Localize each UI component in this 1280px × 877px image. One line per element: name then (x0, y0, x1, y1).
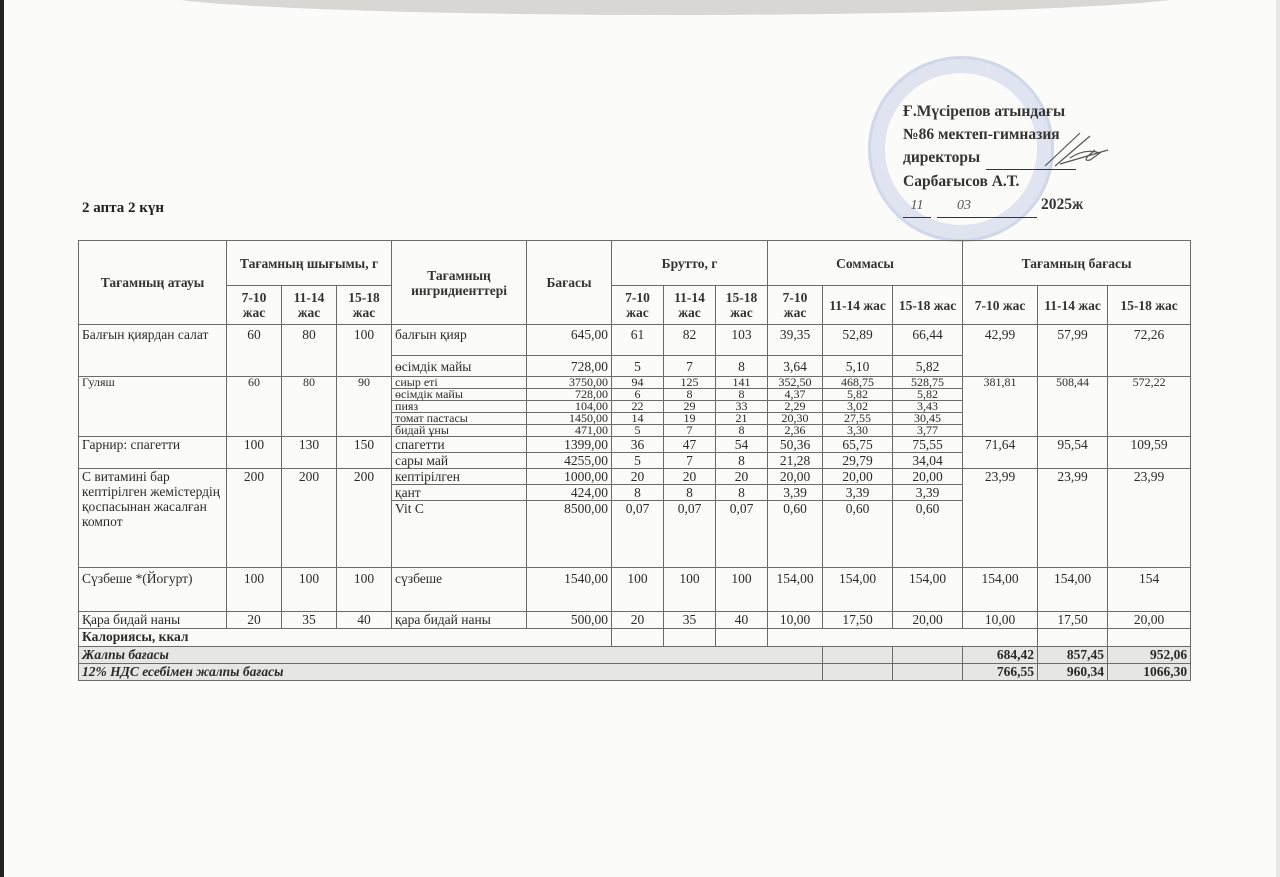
ingredient-brutto: 47 (664, 437, 716, 453)
ingredient-name: кептірілген (392, 469, 527, 485)
empty-cell (823, 664, 893, 681)
approval-block: Ғ.Мүсірепов атындағы №86 мектеп-гимназия… (903, 100, 1083, 218)
ingredient-brutto: 8 (716, 356, 768, 377)
director-label: директоры (903, 149, 980, 166)
table-row: Қара бидай наны203540қара бидай наны500,… (79, 612, 1191, 629)
ingredient-brutto: 82 (664, 325, 716, 356)
dish-name: Қара бидай наны (79, 612, 227, 629)
header-age-11-14: 11-14 жас (1038, 286, 1108, 325)
empty-cell (612, 629, 664, 647)
ingredient-price: 1000,00 (527, 469, 612, 485)
header-age-15-18: 15-18 жас (716, 286, 768, 325)
approval-school-number: №86 мектеп-гимназия (903, 123, 1083, 146)
ingredient-sum: 34,04 (893, 453, 963, 469)
dish-output: 100 (282, 568, 337, 612)
ingredient-brutto: 0,07 (612, 501, 664, 568)
calories-row: Калориясы, ккал (79, 629, 1191, 647)
menu-table: Тағамның атауы Тағамның шығымы, г Тағамн… (78, 240, 1191, 681)
empty-cell (823, 647, 893, 664)
table-row: С витамині бар кептірілген жемістердің қ… (79, 469, 1191, 485)
calories-label: Калориясы, ккал (79, 629, 612, 647)
dish-price: 95,54 (1038, 437, 1108, 469)
ingredient-sum: 29,79 (823, 453, 893, 469)
dish-price: 71,64 (963, 437, 1038, 469)
ingredient-brutto: 100 (664, 568, 716, 612)
header-age-15-18: 15-18 жас (1108, 286, 1191, 325)
total-row: Жалпы бағасы684,42857,45952,06 (79, 647, 1191, 664)
ingredient-sum: 75,55 (893, 437, 963, 453)
page-title: 2 апта 2 күн (82, 200, 164, 217)
dish-name: Гарнир: спагетти (79, 437, 227, 469)
ingredient-brutto: 8 (612, 485, 664, 501)
page-curl-shadow (150, 0, 1200, 15)
ingredient-sum: 21,28 (768, 453, 823, 469)
table-row: Балғын қиярдан салат6080100балғын қияр64… (79, 325, 1191, 356)
approval-director-name: Сарбағысов А.Т. (903, 170, 1083, 193)
dish-output: 100 (227, 568, 282, 612)
header-age-11-14: 11-14 жас (664, 286, 716, 325)
date-month: 03 (937, 194, 1037, 218)
dish-price: 572,22 (1108, 377, 1191, 437)
ingredient-brutto: 35 (664, 612, 716, 629)
ingredient-sum: 154,00 (768, 568, 823, 612)
empty-cell (893, 664, 963, 681)
ingredient-sum: 3,39 (823, 485, 893, 501)
ingredient-sum: 20,00 (893, 469, 963, 485)
ingredient-name: Vit C (392, 501, 527, 568)
ingredient-brutto: 40 (716, 612, 768, 629)
dish-output: 80 (282, 377, 337, 437)
ingredient-price: 471,00 (527, 425, 612, 437)
ingredient-brutto: 8 (716, 425, 768, 437)
ingredient-sum: 3,39 (893, 485, 963, 501)
dish-output: 35 (282, 612, 337, 629)
header-age-11-14: 11-14 жас (823, 286, 893, 325)
ingredient-sum: 66,44 (893, 325, 963, 356)
signature-line (986, 146, 1076, 170)
ingredient-brutto: 5 (612, 356, 664, 377)
ingredient-sum: 65,75 (823, 437, 893, 453)
dish-price: 72,26 (1108, 325, 1191, 377)
ingredient-sum: 3,77 (893, 425, 963, 437)
ingredient-brutto: 61 (612, 325, 664, 356)
header-age-15-18: 15-18 жас (893, 286, 963, 325)
dish-price: 10,00 (963, 612, 1038, 629)
ingredient-price: 500,00 (527, 612, 612, 629)
ingredient-brutto: 7 (664, 453, 716, 469)
ingredient-sum: 10,00 (768, 612, 823, 629)
dish-output: 200 (337, 469, 392, 568)
header-age-7-10: 7-10 жас (227, 286, 282, 325)
ingredient-sum: 20,00 (893, 612, 963, 629)
ingredient-sum: 3,30 (823, 425, 893, 437)
header-age-7-10: 7-10 жас (963, 286, 1038, 325)
approval-date: 11032025ж (903, 193, 1083, 218)
header-age-7-10: 7-10 жас (612, 286, 664, 325)
dish-price: 381,81 (963, 377, 1038, 437)
dish-price: 57,99 (1038, 325, 1108, 377)
ingredient-name: сүзбеше (392, 568, 527, 612)
dish-price: 508,44 (1038, 377, 1108, 437)
ingredient-brutto: 0,07 (716, 501, 768, 568)
ingredient-brutto: 20 (664, 469, 716, 485)
ingredient-brutto: 8 (664, 485, 716, 501)
empty-cell (768, 629, 1038, 647)
date-year: 2025ж (1041, 196, 1083, 213)
empty-cell (1038, 629, 1108, 647)
header-ingredients: Тағамның ингридиенттері (392, 241, 527, 325)
dish-output: 100 (227, 437, 282, 469)
ingredient-sum: 39,35 (768, 325, 823, 356)
ingredient-brutto: 36 (612, 437, 664, 453)
total-row-value: 952,06 (1108, 647, 1191, 664)
date-day: 11 (903, 194, 931, 218)
ingredient-price: 728,00 (527, 356, 612, 377)
vat-total-row-value: 766,55 (963, 664, 1038, 681)
vat-total-row-label: 12% НДС есебімен жалпы бағасы (79, 664, 823, 681)
empty-cell (716, 629, 768, 647)
dish-output: 80 (282, 325, 337, 377)
ingredient-brutto: 20 (612, 612, 664, 629)
ingredient-sum: 52,89 (823, 325, 893, 356)
dish-price: 23,99 (1108, 469, 1191, 568)
ingredient-sum: 0,60 (768, 501, 823, 568)
approval-director-label: директоры (903, 146, 1083, 170)
ingredient-price: 8500,00 (527, 501, 612, 568)
ingredient-sum: 0,60 (893, 501, 963, 568)
total-row-value: 857,45 (1038, 647, 1108, 664)
ingredient-price: 424,00 (527, 485, 612, 501)
dish-price: 154 (1108, 568, 1191, 612)
dish-price: 42,99 (963, 325, 1038, 377)
dish-output: 200 (282, 469, 337, 568)
dish-output: 130 (282, 437, 337, 469)
table-row: Гарнир: спагетти100130150спагетти1399,00… (79, 437, 1191, 453)
header-price: Бағасы (527, 241, 612, 325)
dish-output: 100 (337, 325, 392, 377)
ingredient-sum: 20,00 (768, 469, 823, 485)
ingredient-brutto: 100 (612, 568, 664, 612)
ingredient-sum: 3,39 (768, 485, 823, 501)
header-brutto: Брутто, г (612, 241, 768, 286)
header-dish-name: Тағамның атауы (79, 241, 227, 325)
ingredient-brutto: 8 (716, 453, 768, 469)
ingredient-sum: 154,00 (823, 568, 893, 612)
header-age-7-10: 7-10 жас (768, 286, 823, 325)
ingredient-brutto: 54 (716, 437, 768, 453)
dish-name: Гуляш (79, 377, 227, 437)
ingredient-sum: 5,82 (893, 356, 963, 377)
vat-total-row-value: 1066,30 (1108, 664, 1191, 681)
approval-school-name: Ғ.Мүсірепов атындағы (903, 100, 1083, 123)
ingredient-sum: 50,36 (768, 437, 823, 453)
dish-output: 90 (337, 377, 392, 437)
header-output: Тағамның шығымы, г (227, 241, 392, 286)
total-row-label: Жалпы бағасы (79, 647, 823, 664)
vat-total-row: 12% НДС есебімен жалпы бағасы766,55960,3… (79, 664, 1191, 681)
empty-cell (1108, 629, 1191, 647)
table-row: Сүзбеше *(Йогурт)100100100сүзбеше1540,00… (79, 568, 1191, 612)
dish-price: 23,99 (963, 469, 1038, 568)
dish-price: 154,00 (963, 568, 1038, 612)
dish-price: 20,00 (1108, 612, 1191, 629)
dish-price: 23,99 (1038, 469, 1108, 568)
ingredient-brutto: 8 (716, 485, 768, 501)
ingredient-name: спагетти (392, 437, 527, 453)
dish-output: 20 (227, 612, 282, 629)
dish-output: 200 (227, 469, 282, 568)
dish-output: 100 (337, 568, 392, 612)
ingredient-price: 1399,00 (527, 437, 612, 453)
total-row-value: 684,42 (963, 647, 1038, 664)
dish-price: 109,59 (1108, 437, 1191, 469)
ingredient-price: 645,00 (527, 325, 612, 356)
dish-output: 40 (337, 612, 392, 629)
ingredient-name: қант (392, 485, 527, 501)
dish-price: 17,50 (1038, 612, 1108, 629)
ingredient-name: өсімдік майы (392, 356, 527, 377)
ingredient-sum: 5,10 (823, 356, 893, 377)
menu-table-body: Балғын қиярдан салат6080100балғын қияр64… (79, 325, 1191, 681)
vat-total-row-value: 960,34 (1038, 664, 1108, 681)
ingredient-name: сары май (392, 453, 527, 469)
ingredient-brutto: 5 (612, 453, 664, 469)
ingredient-name: бидай ұны (392, 425, 527, 437)
header-age-15-18: 15-18 жас (337, 286, 392, 325)
ingredient-brutto: 5 (612, 425, 664, 437)
ingredient-brutto: 103 (716, 325, 768, 356)
dish-name: С витамині бар кептірілген жемістердің қ… (79, 469, 227, 568)
scan-edge-left (0, 0, 4, 877)
ingredient-name: балғын қияр (392, 325, 527, 356)
ingredient-brutto: 0,07 (664, 501, 716, 568)
ingredient-sum: 0,60 (823, 501, 893, 568)
dish-output: 60 (227, 325, 282, 377)
ingredient-price: 1540,00 (527, 568, 612, 612)
header-sum: Соммасы (768, 241, 963, 286)
dish-name: Сүзбеше *(Йогурт) (79, 568, 227, 612)
ingredient-name: қара бидай наны (392, 612, 527, 629)
ingredient-brutto: 100 (716, 568, 768, 612)
ingredient-brutto: 7 (664, 425, 716, 437)
ingredient-brutto: 7 (664, 356, 716, 377)
empty-cell (664, 629, 716, 647)
ingredient-sum: 20,00 (823, 469, 893, 485)
ingredient-price: 4255,00 (527, 453, 612, 469)
dish-output: 60 (227, 377, 282, 437)
dish-price: 154,00 (1038, 568, 1108, 612)
header-age-11-14: 11-14 жас (282, 286, 337, 325)
ingredient-brutto: 20 (612, 469, 664, 485)
header-dish-price: Тағамның бағасы (963, 241, 1191, 286)
ingredient-sum: 2,36 (768, 425, 823, 437)
dish-output: 150 (337, 437, 392, 469)
scan-edge-right (1276, 0, 1280, 877)
empty-cell (893, 647, 963, 664)
ingredient-sum: 17,50 (823, 612, 893, 629)
ingredient-brutto: 20 (716, 469, 768, 485)
ingredient-sum: 3,64 (768, 356, 823, 377)
ingredient-sum: 154,00 (893, 568, 963, 612)
dish-name: Балғын қиярдан салат (79, 325, 227, 377)
